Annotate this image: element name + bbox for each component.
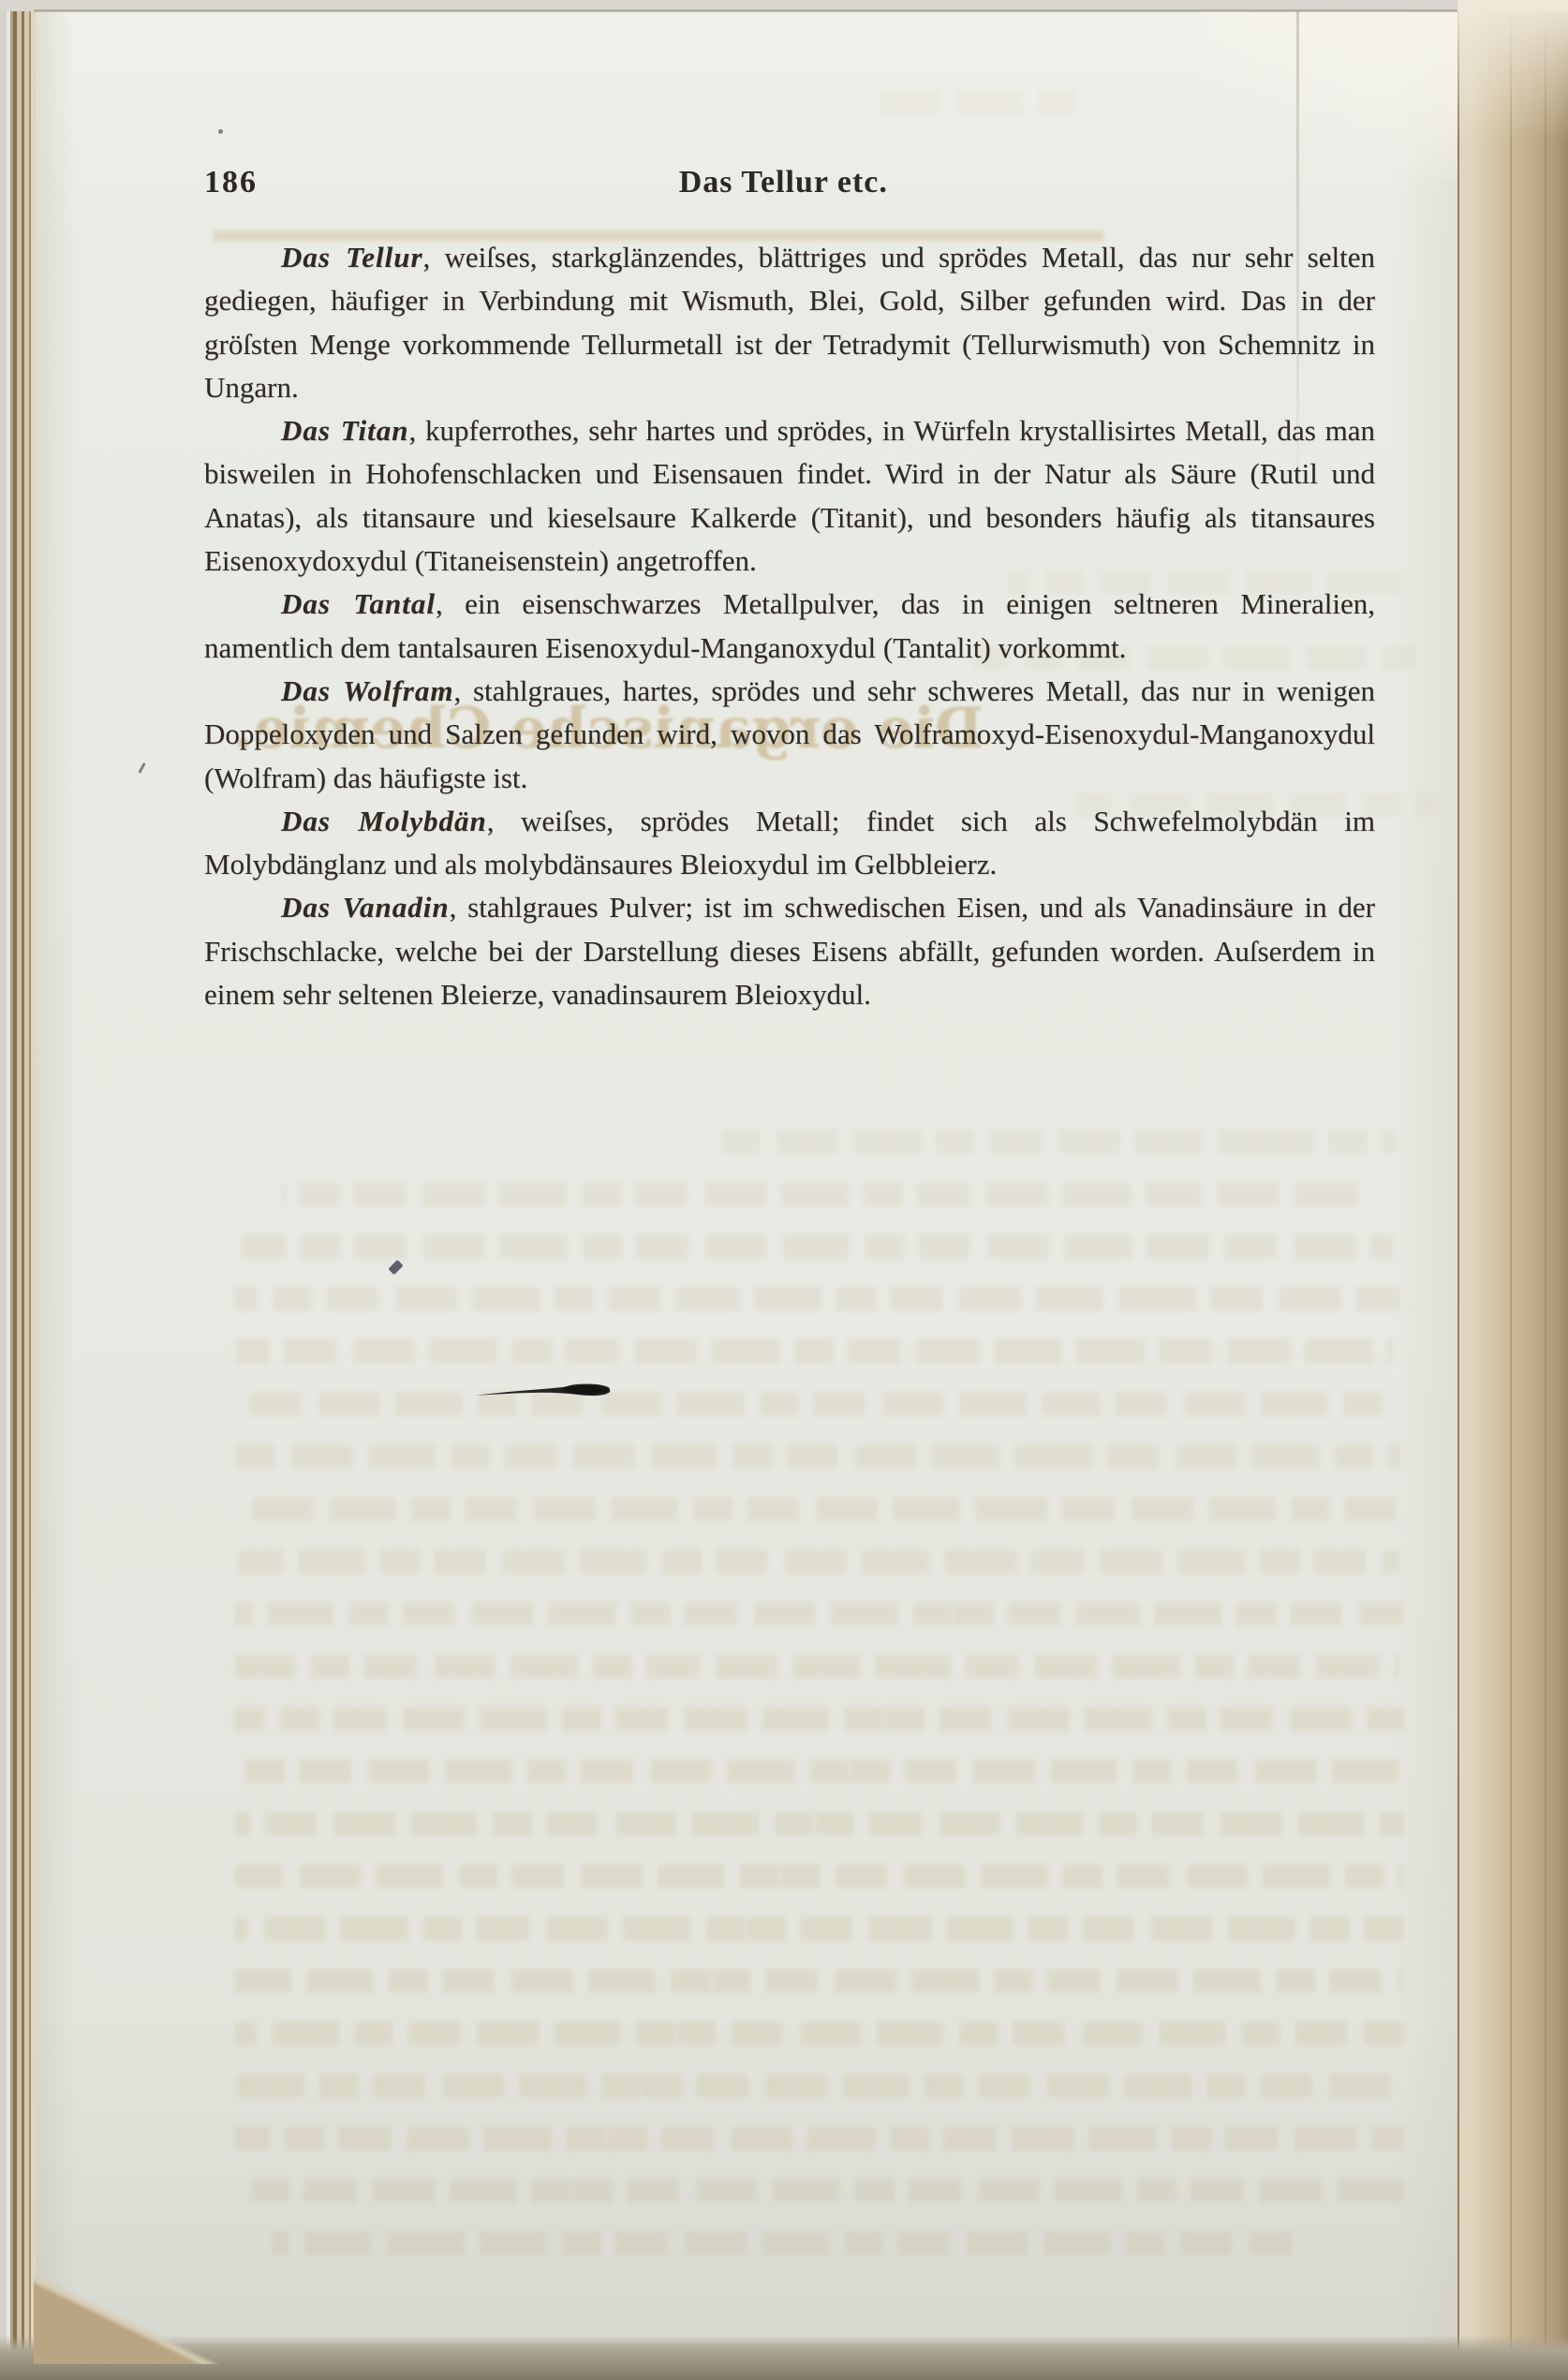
running-title: Das Tellur etc. xyxy=(679,165,888,200)
ink-smear xyxy=(473,1377,615,1405)
term-vanadin: Das Vanadin xyxy=(281,891,450,924)
page-corner-curl xyxy=(1205,0,1486,178)
term-titan: Das Titan xyxy=(281,414,408,447)
page-header: 186 Das Tellur etc. xyxy=(204,165,1375,208)
book-fore-edge-highlight xyxy=(1457,0,1568,140)
term-wolfram: Das Wolfram xyxy=(281,674,453,707)
page-corner-cut xyxy=(34,2270,226,2364)
scan-bottom-shadow xyxy=(0,2335,1568,2380)
book-fore-edge xyxy=(1457,0,1568,2380)
book-binding-edge xyxy=(0,0,37,2380)
paragraph-tantal: Das Tantal, ein eisenschwarzes Metallpul… xyxy=(204,583,1375,670)
paragraph-vanadin: Das Vanadin, stahlgraues Pulver; ist im … xyxy=(204,886,1375,1016)
term-molybdaen: Das Molybdän xyxy=(281,805,487,837)
paragraph-wolfram: Das Wolfram, stahlgraues, hartes, spröde… xyxy=(204,670,1375,800)
body-text: Das Tellur, weiſses, starkglänzendes, bl… xyxy=(204,236,1375,1016)
paragraph-titan: Das Titan, kupferrothes, sehr hartes und… xyxy=(204,409,1375,583)
term-tellur: Das Tellur xyxy=(281,241,423,273)
scanned-book-page: Die organische Chemie. 186 Das Tellur et… xyxy=(0,0,1568,2380)
page-number: 186 xyxy=(204,165,258,200)
ink-speck xyxy=(218,129,223,134)
term-tantal: Das Tantal xyxy=(281,587,436,620)
paragraph-molybdaen: Das Molybdän, weiſses, sprödes Metall; f… xyxy=(204,800,1375,887)
paragraph-tellur: Das Tellur, weiſses, starkglänzendes, bl… xyxy=(204,236,1375,409)
page-top-edge-line xyxy=(34,9,1459,12)
